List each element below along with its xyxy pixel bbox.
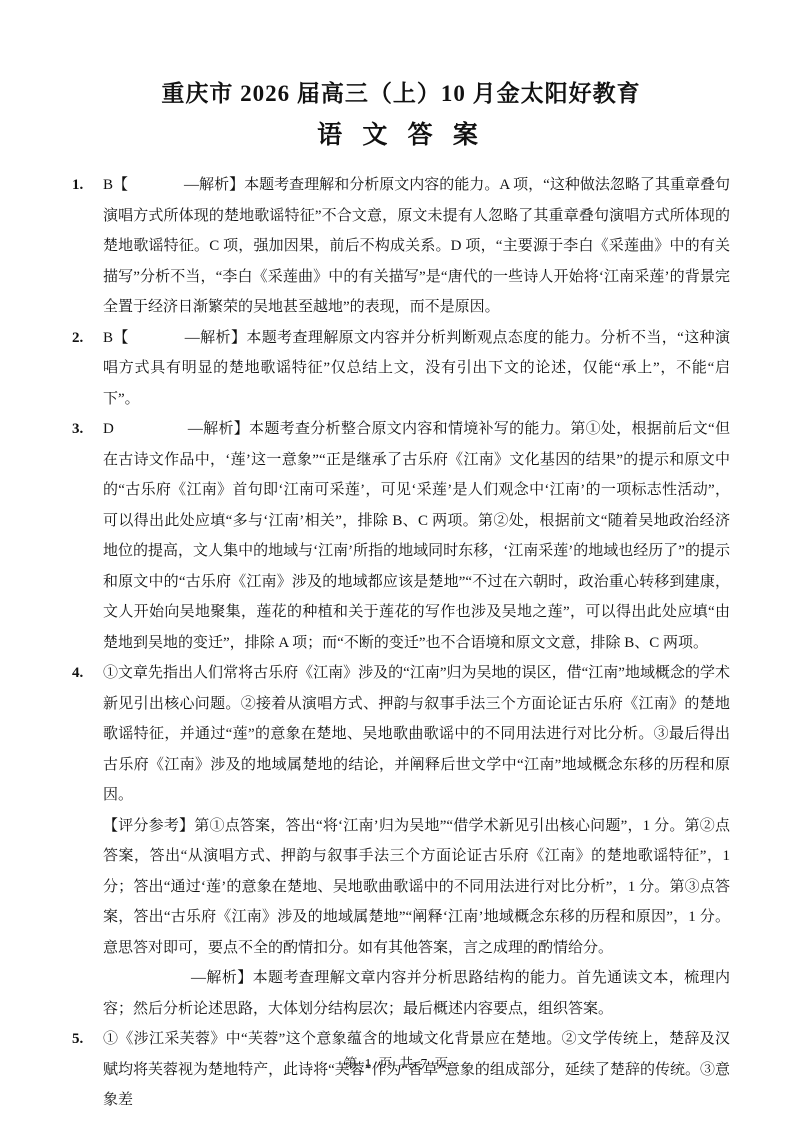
- item-number: 1.: [72, 170, 103, 201]
- answer-item-1: 1. B【—解析】本题考查理解和分析原文内容的能力。A 项，“这种做法忽略了其重…: [72, 170, 730, 323]
- item-body: B【—解析】本题考查理解和分析原文内容的能力。A 项，“这种做法忽略了其重章叠句…: [103, 170, 730, 323]
- answer-item-3: 3. D—解析】本题考查分析整合原文内容和情境补写的能力。第①处，根据前后文“但…: [72, 414, 730, 658]
- page-content: 重庆市 2026 届高三（上）10 月金太阳好教育 语 文 答 案 1. B【—…: [72, 78, 730, 1116]
- answer-item-2: 2. B【—解析】本题考查理解原文内容并分析判断观点态度的能力。分析不当，“这种…: [72, 323, 730, 415]
- item-number: 5.: [72, 1024, 103, 1055]
- analysis-text: —解析】本题考查理解和分析原文内容的能力。A 项，“这种做法忽略了其重章叠句演唱…: [103, 177, 730, 315]
- answer-letter: B【: [103, 177, 128, 193]
- redacted-gap: [129, 341, 185, 342]
- answer-item-4: 4. ①文章先指出人们常将古乐府《江南》涉及的“江南”归为吴地的误区，借“江南”…: [72, 658, 730, 1024]
- item-body: ①文章先指出人们常将古乐府《江南》涉及的“江南”归为吴地的误区，借“江南”地域概…: [103, 658, 730, 1024]
- scoring-reference-paragraph: 【评分参考】第①点答案，答出“将‘江南’归为吴地”“借学术新见引出核心问题”，1…: [103, 811, 730, 964]
- page-title: 重庆市 2026 届高三（上）10 月金太阳好教育: [72, 78, 730, 110]
- page-number-footer: 第 1 页 共 7 页: [0, 1052, 794, 1072]
- page-subtitle: 语 文 答 案: [72, 118, 730, 154]
- item-body: B【—解析】本题考查理解原文内容并分析判断观点态度的能力。分析不当，“这种演唱方…: [103, 323, 730, 415]
- answer-letter: D: [103, 421, 114, 437]
- answer-letter: B【: [103, 330, 129, 346]
- item-number: 2.: [72, 323, 103, 354]
- item-body: D—解析】本题考查分析整合原文内容和情境补写的能力。第①处，根据前后文“但在古诗…: [103, 414, 730, 658]
- analysis-text: —解析】本题考查分析整合原文内容和情境补写的能力。第①处，根据前后文“但在古诗文…: [103, 421, 730, 651]
- answer-summary-paragraph: ①文章先指出人们常将古乐府《江南》涉及的“江南”归为吴地的误区，借“江南”地域概…: [103, 658, 730, 811]
- analysis-text: —解析】本题考查理解原文内容并分析判断观点态度的能力。分析不当，“这种演唱方式具…: [103, 330, 730, 407]
- analysis-paragraph: —解析】本题考查理解文章内容并分析思路结构的能力。首先通读文本，梳理内容；然后分…: [103, 963, 730, 1024]
- redacted-gap: [128, 188, 184, 189]
- item-paragraph: B【—解析】本题考查理解和分析原文内容的能力。A 项，“这种做法忽略了其重章叠句…: [103, 170, 730, 323]
- document-page: 重庆市 2026 届高三（上）10 月金太阳好教育 语 文 答 案 1. B【—…: [0, 0, 794, 1123]
- item-number: 4.: [72, 658, 103, 689]
- item-paragraph: B【—解析】本题考查理解原文内容并分析判断观点态度的能力。分析不当，“这种演唱方…: [103, 323, 730, 415]
- item-paragraph: D—解析】本题考查分析整合原文内容和情境补写的能力。第①处，根据前后文“但在古诗…: [103, 414, 730, 658]
- redacted-gap: [114, 432, 188, 433]
- item-number: 3.: [72, 414, 103, 445]
